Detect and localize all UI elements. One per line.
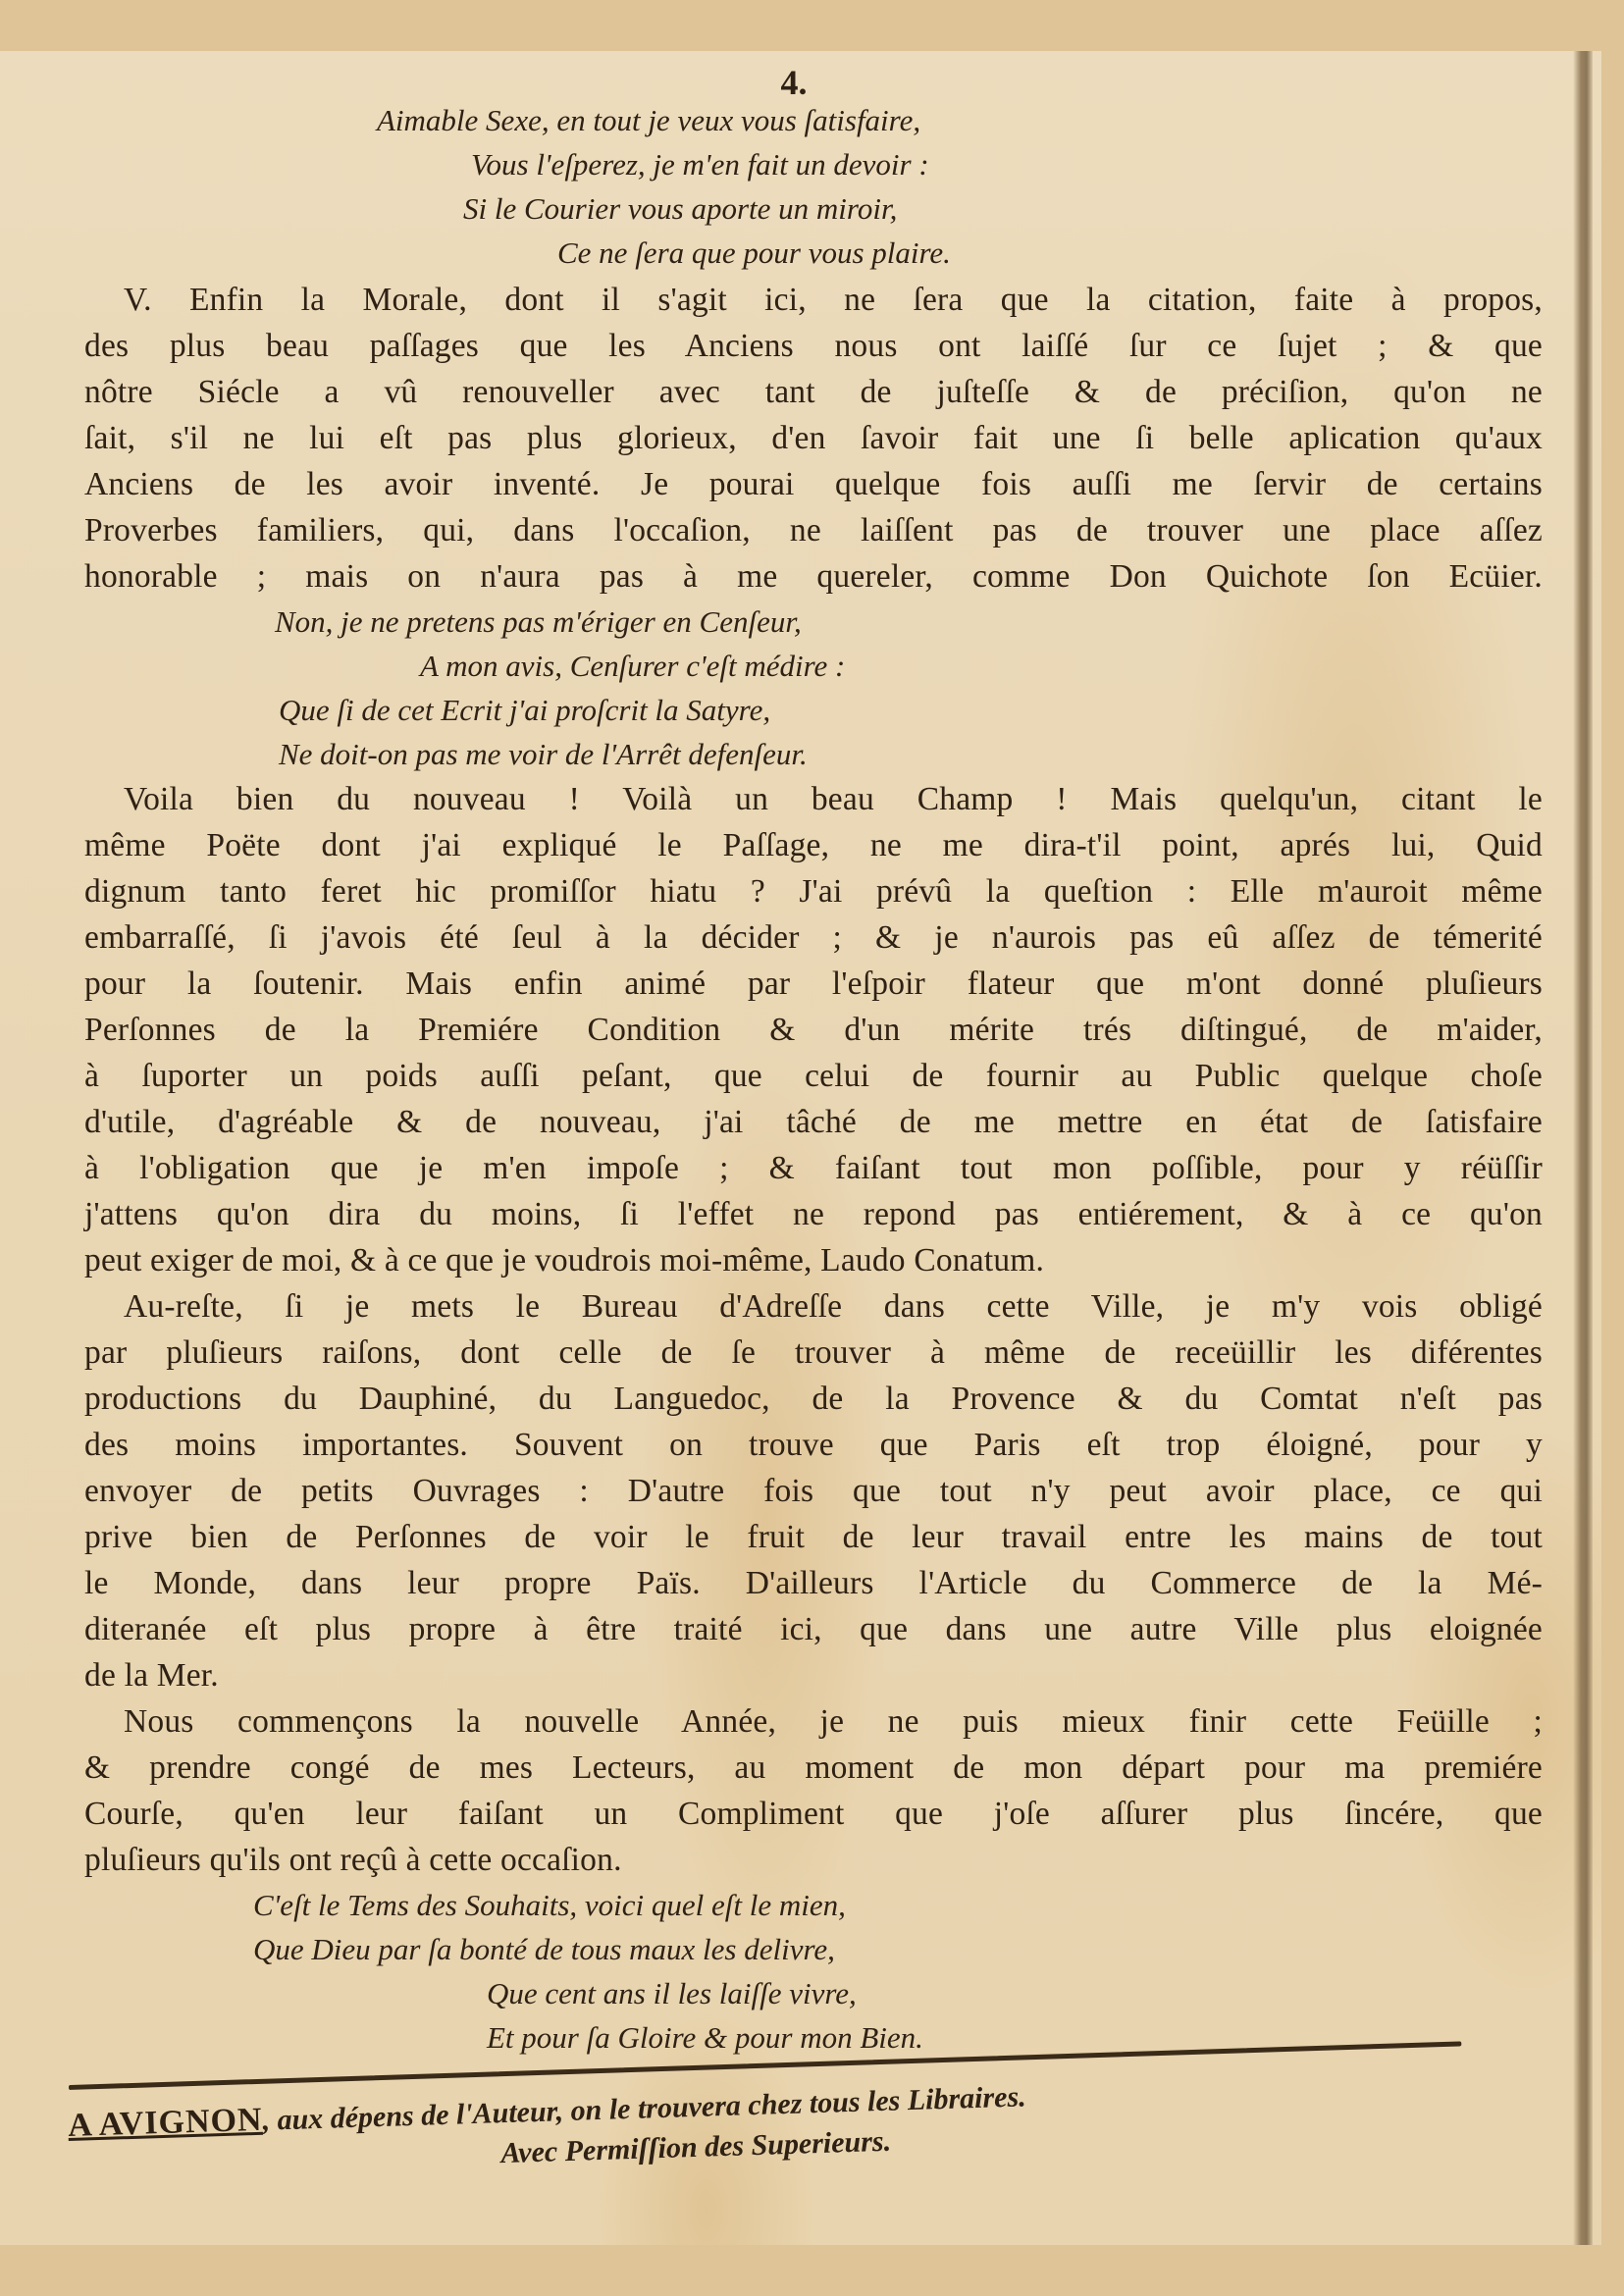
text-line: des moins importantes. Souvent on trouve… (84, 1422, 1543, 1468)
verse-souhaits: C'eſt le Tems des Souhaits, voici quel e… (84, 1883, 1543, 2060)
text-line: envoyer de petits Ouvrages : D'autre foi… (84, 1468, 1543, 1514)
verse-line: Que ſi de cet Ecrit j'ai proſcrit la Sat… (84, 688, 1543, 732)
paragraph-morale: V. Enfin la Morale, dont il s'agit ici, … (84, 277, 1543, 600)
verse-line: Et pour ſa Gloire & pour mon Bien. (84, 2015, 1543, 2060)
verse-line: A mon avis, Cenſurer c'eſt médire : (84, 644, 1543, 688)
verse-censeur: Non, je ne pretens pas m'ériger en Cenſe… (84, 600, 1543, 776)
verse-aimable-sexe: Aimable Sexe, en tout je veux vous ſatis… (84, 98, 1543, 275)
verse-line: Ce ne ſera que pour vous plaire. (84, 231, 1543, 275)
text-line: productions du Dauphiné, du Languedoc, d… (84, 1376, 1543, 1422)
text-line: Courſe, qu'en leur faiſant un Compliment… (84, 1791, 1543, 1837)
text-line: à ſuporter un poids auſſi peſant, que ce… (84, 1053, 1543, 1099)
paragraph-voila-bien-du-nouveau: Voila bien du nouveau ! Voilà un beau Ch… (84, 776, 1543, 1283)
verse-line: Vous l'eſperez, je m'en fait un devoir : (84, 142, 1543, 186)
text-line: Proverbes familiers, qui, dans l'occaſio… (84, 507, 1543, 553)
text-line: Nous commençons la nouvelle Année, je ne… (84, 1698, 1543, 1745)
page-edge-shadow (1573, 51, 1593, 2245)
text-line: & prendre congé de mes Lecteurs, au mome… (84, 1745, 1543, 1791)
text-line: des plus beau paſſages que les Anciens n… (84, 323, 1543, 369)
text-line: Anciens de les avoir inventé. Je pourai … (84, 461, 1543, 507)
verse-line: Que cent ans il les laiſſe vivre, (84, 1971, 1543, 2015)
text-line: Voila bien du nouveau ! Voilà un beau Ch… (84, 776, 1543, 822)
text-line: pour la ſoutenir. Mais enfin animé par l… (84, 961, 1543, 1007)
verse-line: Aimable Sexe, en tout je veux vous ſatis… (84, 98, 1543, 142)
text-line: le Monde, dans leur propre Païs. D'aille… (84, 1560, 1543, 1606)
text-line: Au-reſte, ſi je mets le Bureau d'Adreſſe… (84, 1283, 1543, 1330)
text-line: embarraſſé, ſi j'avois été ſeul à la déc… (84, 914, 1543, 961)
text-line: par pluſieurs raiſons, dont celle de ſe … (84, 1330, 1543, 1376)
verse-line: Non, je ne pretens pas m'ériger en Cenſe… (84, 600, 1543, 644)
text-line: peut exiger de moi, & à ce que je voudro… (84, 1237, 1543, 1283)
document-body: 4. Aimable Sexe, en tout je veux vous ſa… (84, 61, 1543, 2060)
text-line: prive bien de Perſonnes de voir le fruit… (84, 1514, 1543, 1560)
paragraph-bureau-adresse: Au-reſte, ſi je mets le Bureau d'Adreſſe… (84, 1283, 1543, 1698)
text-line: Perſonnes de la Premiére Condition & d'u… (84, 1007, 1543, 1053)
paragraph-nouvelle-annee: Nous commençons la nouvelle Année, je ne… (84, 1698, 1543, 1883)
verse-line: Que Dieu par ſa bonté de tous maux les d… (84, 1927, 1543, 1971)
verse-line: C'eſt le Tems des Souhaits, voici quel e… (84, 1883, 1543, 1927)
text-line: pluſieurs qu'ils ont reçû à cette occaſi… (84, 1837, 1543, 1883)
verse-line: Si le Courier vous aporte un miroir, (84, 186, 1543, 231)
verse-line: Ne doit-on pas me voir de l'Arrêt defenſ… (84, 732, 1543, 776)
text-line: V. Enfin la Morale, dont il s'agit ici, … (84, 277, 1543, 323)
text-line: honorable ; mais on n'aura pas à me quer… (84, 553, 1543, 600)
text-line: même Poëte dont j'ai expliqué le Paſſage… (84, 822, 1543, 868)
text-line: diteranée eſt plus propre à être traité … (84, 1606, 1543, 1652)
text-line: de la Mer. (84, 1652, 1543, 1698)
text-line: j'attens qu'on dira du moins, ſi l'effet… (84, 1191, 1543, 1237)
imprint-city: A AVIGNON (68, 2102, 263, 2144)
text-line: ſait, s'il ne lui eſt pas plus glorieux,… (84, 415, 1543, 461)
text-line: dignum tanto feret hic promiſſor hiatu ?… (84, 868, 1543, 914)
text-line: nôtre Siécle a vû renouveller avec tant … (84, 369, 1543, 415)
text-line: à l'obligation que je m'en impoſe ; & fa… (84, 1145, 1543, 1191)
text-line: d'utile, d'agréable & de nouveau, j'ai t… (84, 1099, 1543, 1145)
